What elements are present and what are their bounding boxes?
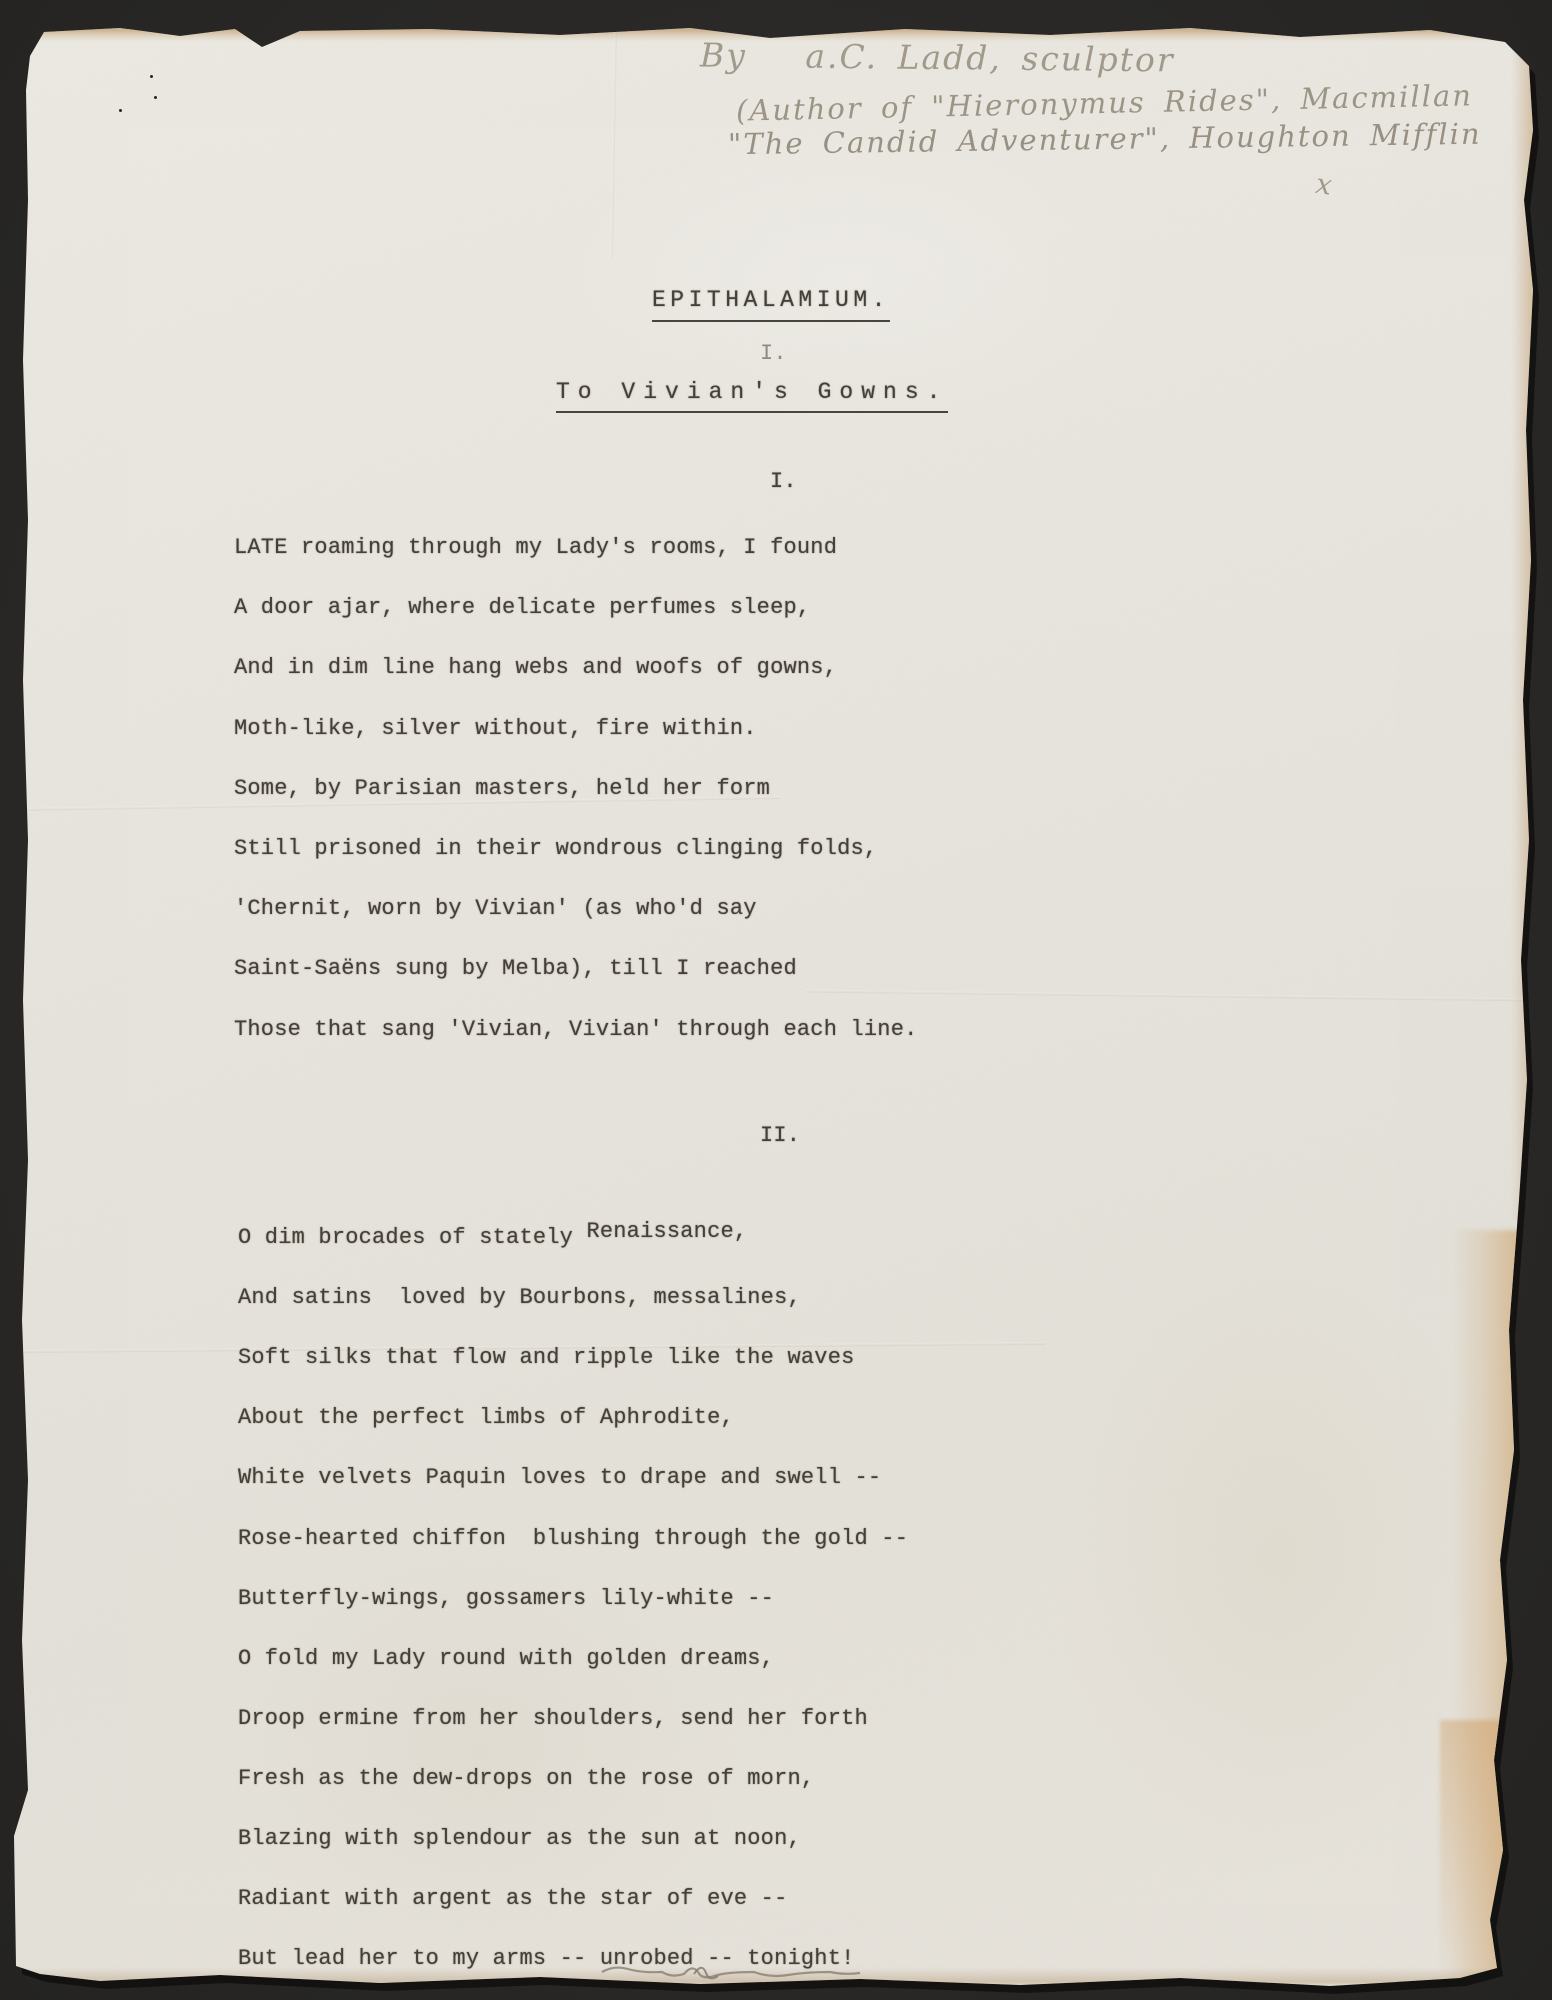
poem-line: 'Chernit, worn by Vivian' (as who'd say	[234, 895, 757, 923]
poem-line: Soft silks that flow and ripple like the…	[238, 1344, 855, 1372]
manuscript-page: By a.C. Ladd, sculptor (Author of "Hiero…	[0, 0, 1552, 2000]
poem-line: About the perfect limbs of Aphrodite,	[238, 1404, 734, 1432]
photograph-stage: By a.C. Ladd, sculptor (Author of "Hiero…	[0, 0, 1552, 2000]
poem-line: Blazing with splendour as the sun at noo…	[238, 1825, 801, 1853]
poem-line: Moth-like, silver without, fire within.	[234, 715, 757, 743]
poem-line: White velvets Paquin loves to drape and …	[238, 1464, 881, 1492]
poem-line: Butterfly-wings, gossamers lily-white --	[238, 1585, 774, 1613]
poem-line: And in dim line hang webs and woofs of g…	[234, 654, 837, 682]
stanza-1-numeral: I.	[770, 468, 797, 496]
poem-line: O dim brocades of stately Renaissance,	[238, 1224, 747, 1252]
poem-line: Some, by Parisian masters, held her form	[234, 775, 770, 803]
handwritten-byline: By a.C. Ladd, sculptor	[700, 36, 1175, 80]
poem-subtitle: To Vivian's Gowns.	[556, 378, 948, 413]
poem-line: Fresh as the dew-drops on the rose of mo…	[238, 1765, 814, 1793]
poem-line: Still prisoned in their wondrous clingin…	[234, 835, 877, 863]
poem-line: O fold my Lady round with golden dreams,	[238, 1645, 774, 1673]
poem-line: Saint-Saëns sung by Melba), till I reach…	[234, 955, 797, 983]
poem-line: Droop ermine from her shoulders, send he…	[238, 1705, 868, 1733]
poem-line: Those that sang 'Vivian, Vivian' through…	[234, 1016, 918, 1044]
poem-title: EPITHALAMIUM.	[652, 286, 890, 322]
poem-line: LATE roaming through my Lady's rooms, I …	[234, 534, 837, 562]
poem-line: A door ajar, where delicate perfumes sle…	[234, 594, 810, 622]
stanza-2-numeral: II.	[760, 1122, 800, 1150]
poem-part-numeral: I.	[760, 340, 787, 368]
pencil-underline	[598, 1958, 868, 1980]
poem-line: Radiant with argent as the star of eve -…	[238, 1885, 788, 1913]
poem-line: Rose-hearted chiffon blushing through th…	[238, 1525, 908, 1553]
poem-line: And satins loved by Bourbons, messalines…	[238, 1284, 801, 1312]
